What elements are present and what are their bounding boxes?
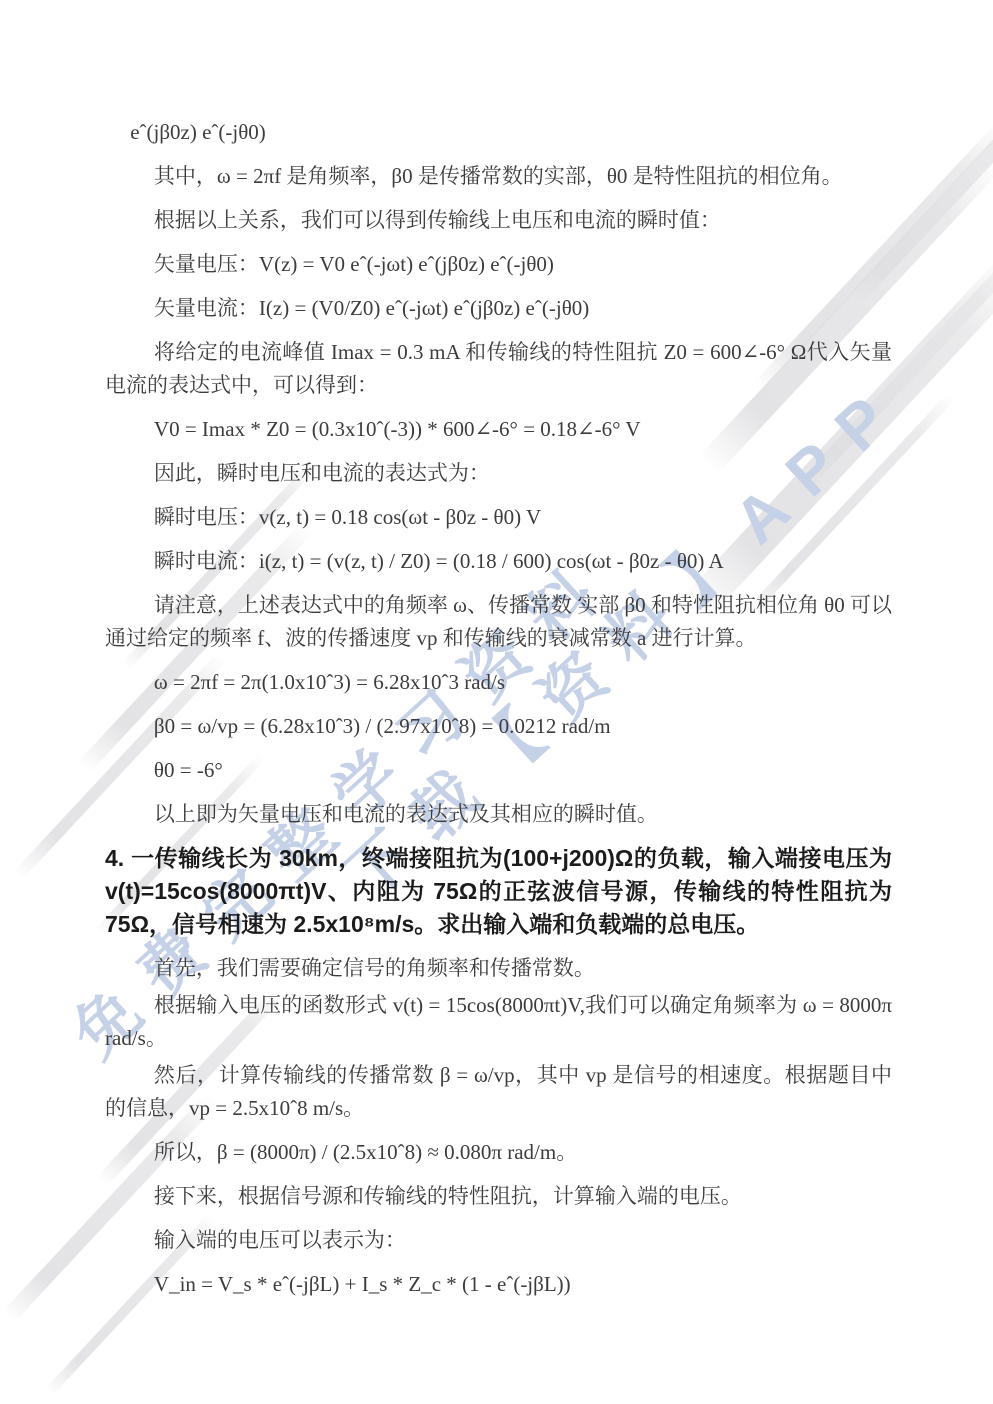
problem-4-heading: 4. 一传输线长为 30km，终端接阻抗为(100+j200)Ω的负载，输入端接… bbox=[105, 842, 892, 941]
paragraph: 将给定的电流峰值 Imax = 0.3 mA 和传输线的特性阻抗 Z0 = 60… bbox=[105, 336, 892, 402]
paragraph: 首先，我们需要确定信号的角频率和传播常数。 bbox=[105, 952, 892, 985]
formula-line: ω = 2πf = 2π(1.0x10ˆ3) = 6.28x10ˆ3 rad/s bbox=[105, 666, 892, 699]
document-page: 免费完整学习资料 下载【资料】APP eˆ(jβ0z) eˆ(-jθ0) 其中，… bbox=[0, 0, 993, 1404]
paragraph: 所以，β = (8000π) / (2.5x10ˆ8) ≈ 0.080π rad… bbox=[105, 1136, 892, 1169]
paragraph: 然后，计算传输线的传播常数 β = ω/vp，其中 vp 是信号的相速度。根据题… bbox=[105, 1059, 892, 1125]
paragraph: 其中，ω = 2πf 是角频率，β0 是传播常数的实部，θ0 是特性阻抗的相位角… bbox=[105, 160, 892, 193]
formula-line: θ0 = -6° bbox=[105, 754, 892, 787]
formula-line: β0 = ω/vp = (6.28x10ˆ3) / (2.97x10ˆ8) = … bbox=[105, 710, 892, 743]
paragraph: 根据输入电压的函数形式 v(t) = 15cos(8000πt)V,我们可以确定… bbox=[105, 989, 892, 1055]
paragraph: 接下来，根据信号源和传输线的特性阻抗，计算输入端的电压。 bbox=[105, 1180, 892, 1213]
formula-line: V_in = V_s * eˆ(-jβL) + I_s * Z_c * (1 -… bbox=[105, 1268, 892, 1301]
formula-line: eˆ(jβ0z) eˆ(-jθ0) bbox=[105, 116, 892, 149]
paragraph: 因此，瞬时电压和电流的表达式为： bbox=[105, 457, 892, 490]
formula-line: 瞬时电流：i(z, t) = (v(z, t) / Z0) = (0.18 / … bbox=[105, 545, 892, 578]
formula-line: 矢量电流：I(z) = (V0/Z0) eˆ(-jωt) eˆ(jβ0z) eˆ… bbox=[105, 292, 892, 325]
paragraph: 以上即为矢量电压和电流的表达式及其相应的瞬时值。 bbox=[105, 798, 892, 831]
formula-line: 瞬时电压：v(z, t) = 0.18 cos(ωt - β0z - θ0) V bbox=[105, 501, 892, 534]
paragraph: 输入端的电压可以表示为： bbox=[105, 1224, 892, 1257]
paragraph: 根据以上关系，我们可以得到传输线上电压和电流的瞬时值： bbox=[105, 204, 892, 237]
paragraph: 请注意，上述表达式中的角频率 ω、传播常数 实部 β0 和特性阻抗相位角 θ0 … bbox=[105, 589, 892, 655]
formula-line: 矢量电压：V(z) = V0 eˆ(-jωt) eˆ(jβ0z) eˆ(-jθ0… bbox=[105, 248, 892, 281]
document-content: eˆ(jβ0z) eˆ(-jθ0) 其中，ω = 2πf 是角频率，β0 是传播… bbox=[105, 116, 892, 1312]
formula-line: V0 = Imax * Z0 = (0.3x10ˆ(-3)) * 600∠-6°… bbox=[105, 413, 892, 446]
